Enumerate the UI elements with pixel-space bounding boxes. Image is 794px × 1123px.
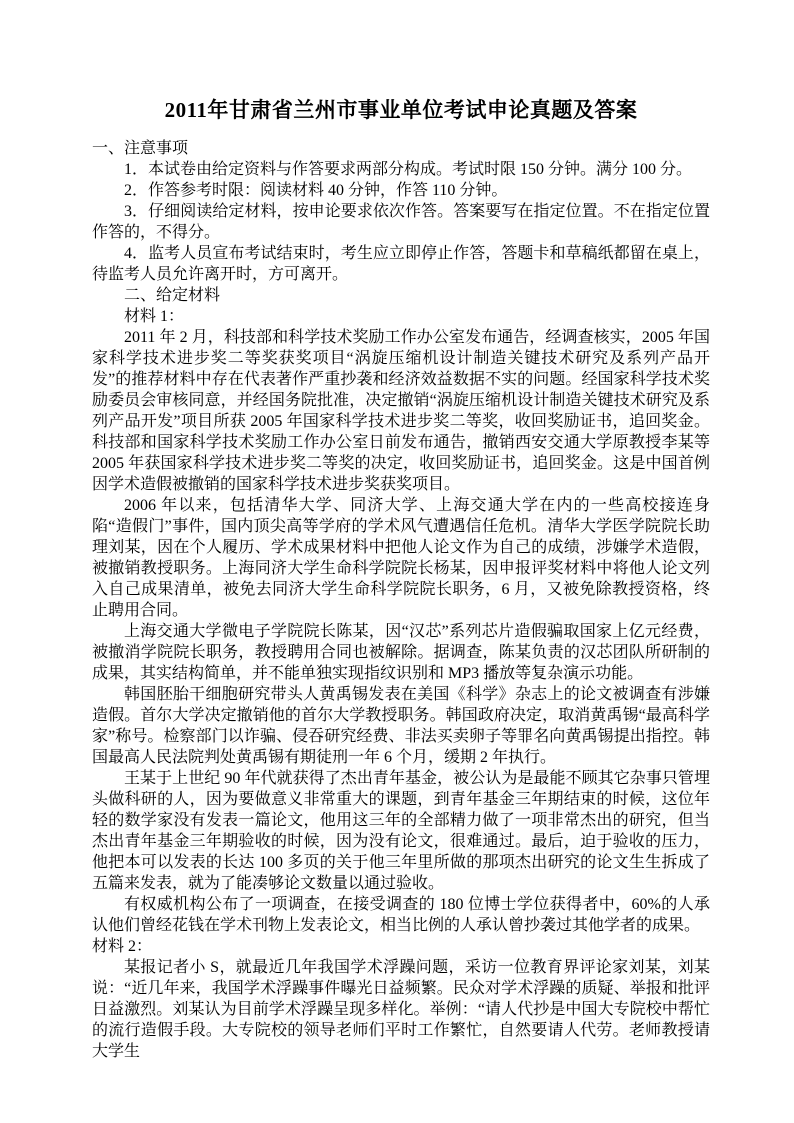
material-1-paragraph-3: 上海交通大学微电子学院院长陈某，因“汉芯”系列芯片造假骗取国家上亿元经费，被撤消… xyxy=(92,621,710,684)
document-body: 一、注意事项 1．本试卷由给定资料与作答要求两部分构成。考试时限 150 分钟。… xyxy=(92,138,710,1062)
material-1-paragraph-4: 韩国胚胎干细胞研究带头人黄禹锡发表在美国《科学》杂志上的论文被调查有涉嫌造假。首… xyxy=(92,684,710,768)
material-1-label: 材料 1： xyxy=(92,306,710,327)
material-1-paragraph-5: 王某于上世纪 90 年代就获得了杰出青年基金，被公认为是最能不顾其它杂事只管埋头… xyxy=(92,768,710,894)
notice-item-4: 4．监考人员宣布考试结束时，考生应立即停止作答，答题卡和草稿纸都留在桌上，待监考… xyxy=(92,243,710,285)
section-heading-notice: 一、注意事项 xyxy=(92,138,710,159)
notice-item-2: 2．作答参考时限：阅读材料 40 分钟，作答 110 分钟。 xyxy=(92,180,710,201)
notice-item-1: 1．本试卷由给定资料与作答要求两部分构成。考试时限 150 分钟。满分 100 … xyxy=(92,159,710,180)
material-1-paragraph-2: 2006 年以来，包括清华大学、同济大学、上海交通大学在内的一些高校接连身陷“造… xyxy=(92,495,710,621)
material-2-label: 材料 2： xyxy=(92,936,710,957)
section-heading-materials: 二、给定材料 xyxy=(92,285,710,306)
notice-item-3: 3．仔细阅读给定材料，按申论要求依次作答。答案要写在指定位置。不在指定位置作答的… xyxy=(92,201,710,243)
material-1-paragraph-6: 有权威机构公布了一项调查，在接受调查的 180 位博士学位获得者中，60%的人承… xyxy=(92,894,710,936)
material-2-paragraph-1: 某报记者小 S，就最近几年我国学术浮躁问题，采访一位教育界评论家刘某，刘某说：“… xyxy=(92,957,710,1062)
material-1-paragraph-1: 2011 年 2 月，科技部和科学技术奖励工作办公室发布通告，经调查核实，200… xyxy=(92,327,710,495)
document-title: 2011年甘肃省兰州市事业单位考试申论真题及答案 xyxy=(92,96,710,124)
document-page: 2011年甘肃省兰州市事业单位考试申论真题及答案 一、注意事项 1．本试卷由给定… xyxy=(0,0,794,1123)
